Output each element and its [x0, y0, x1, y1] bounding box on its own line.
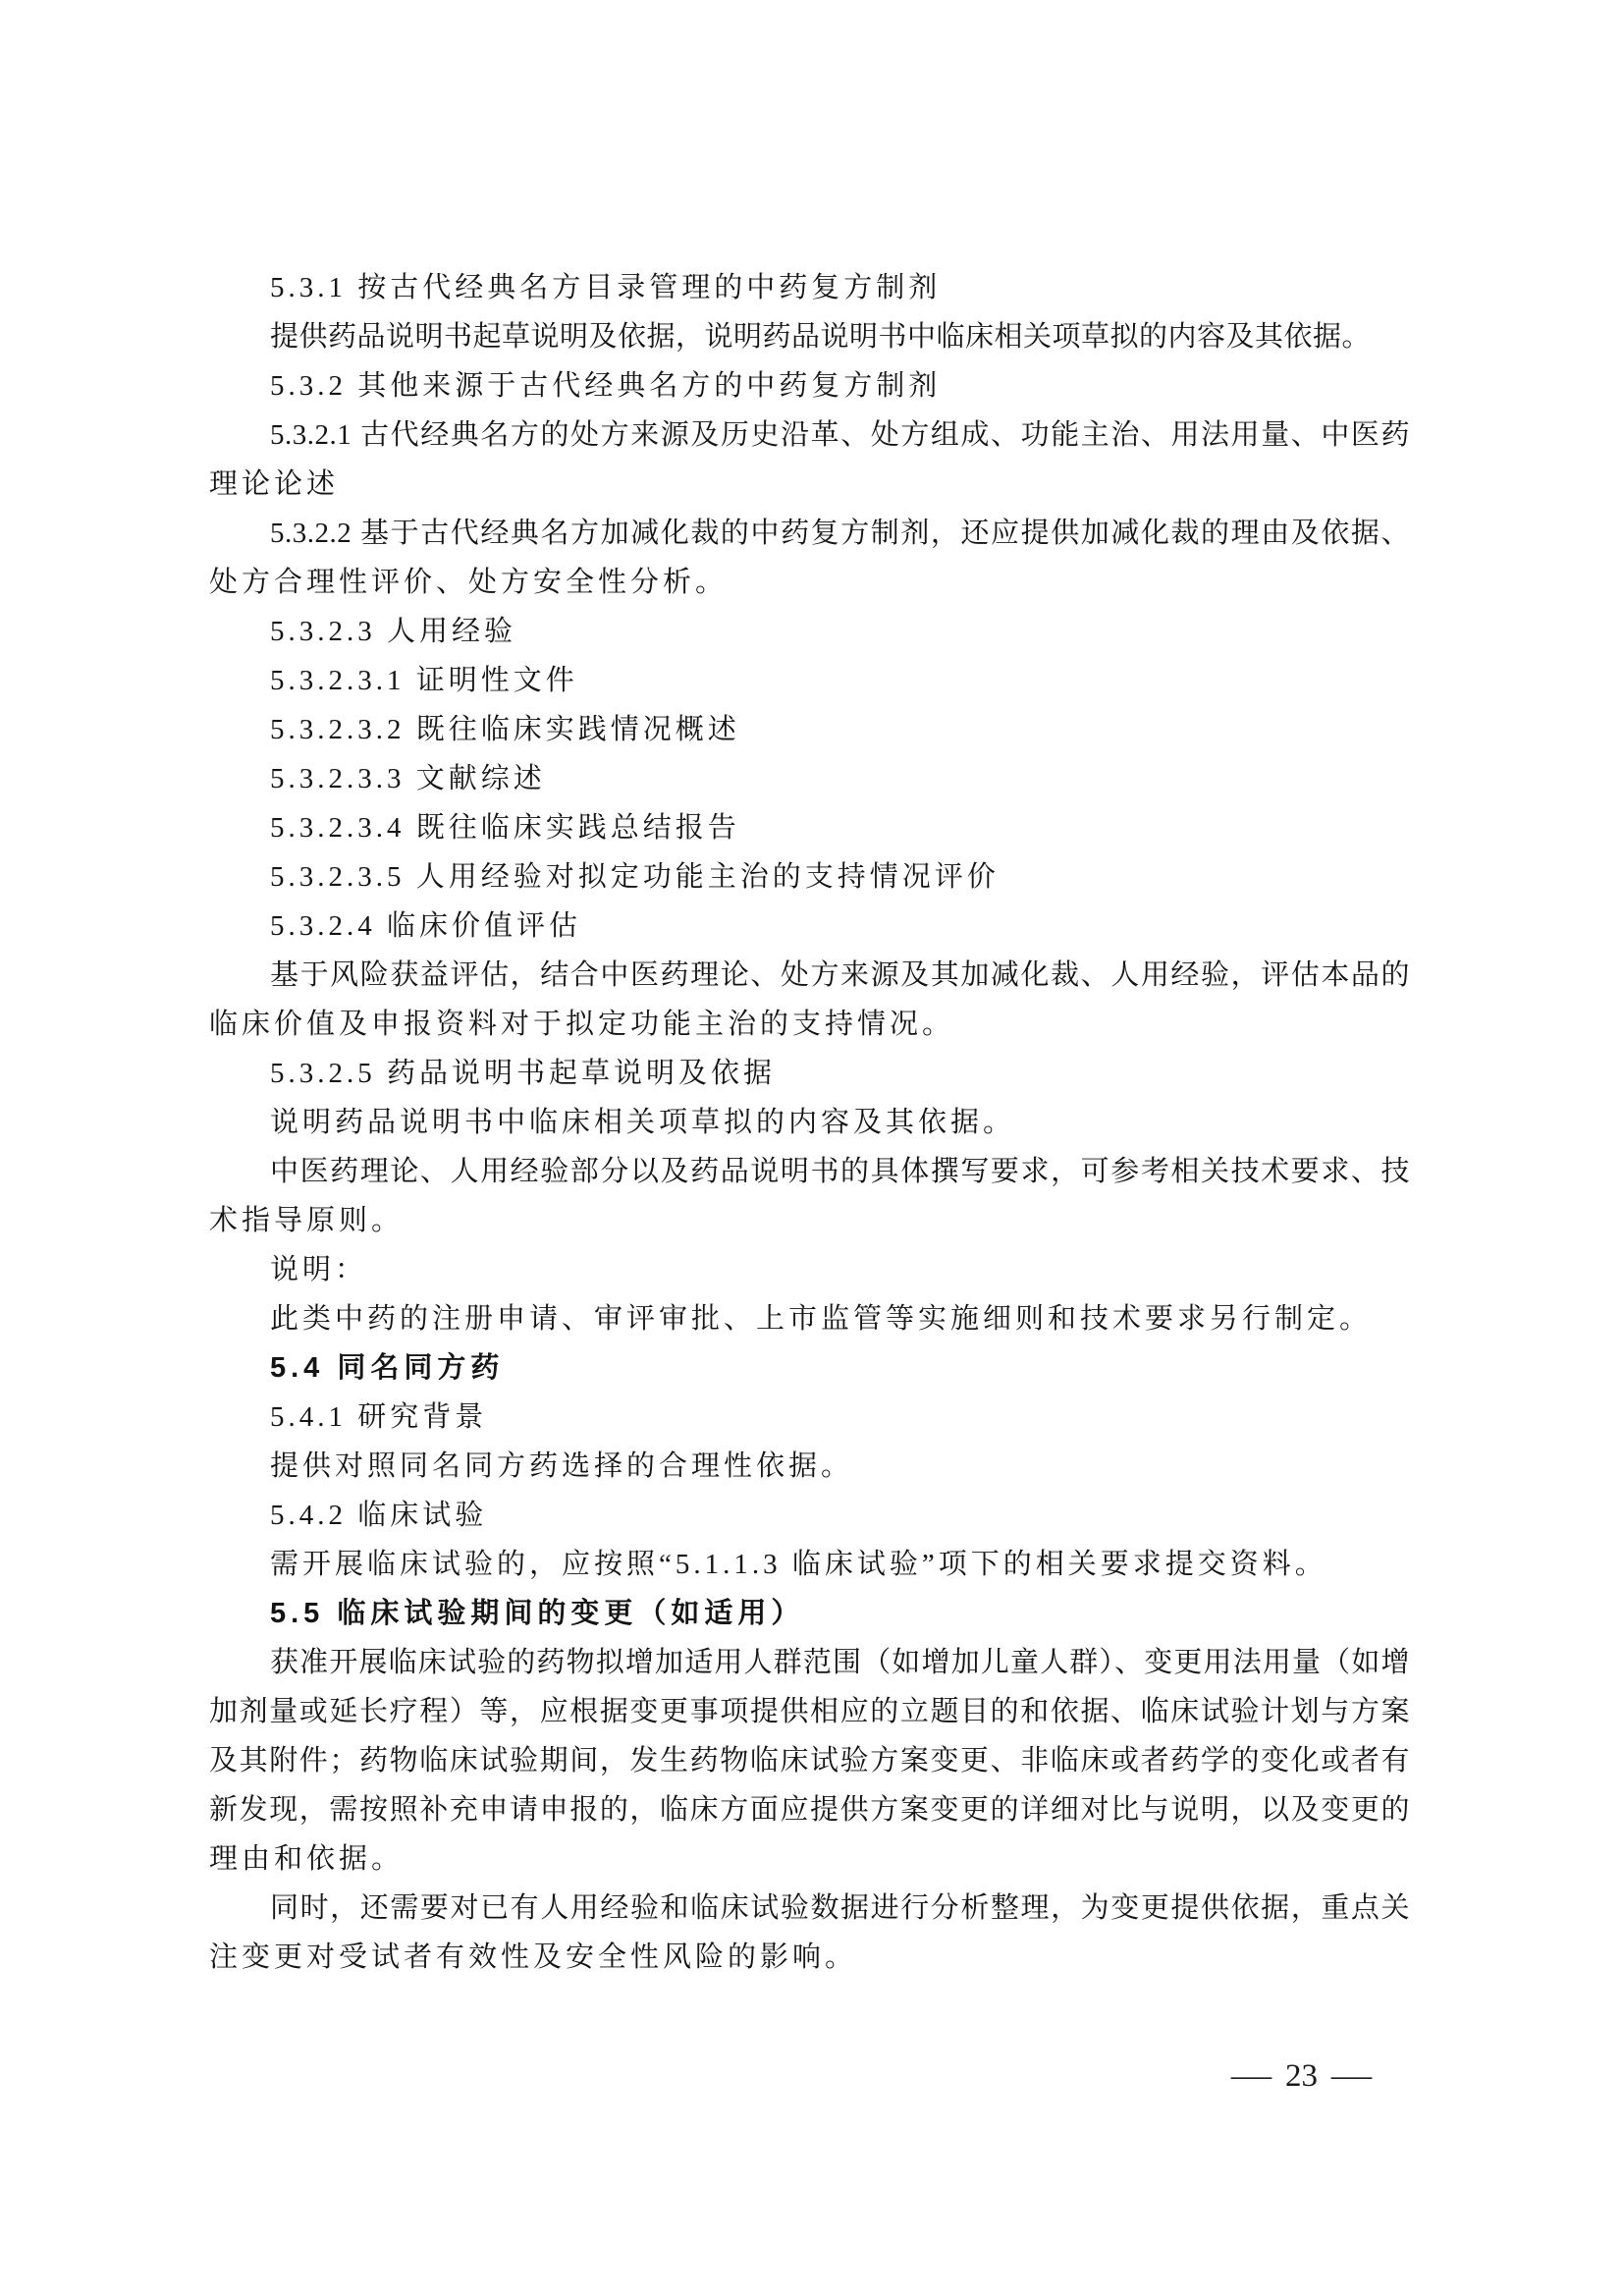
text-line: 5.3.2.3.3 文献综述: [209, 754, 1410, 803]
text-line: 临床价值及申报资料对于拟定功能主治的支持情况。: [209, 1000, 1410, 1049]
text-line: 5.3.2.3.1 证明性文件: [209, 656, 1410, 705]
text-line: 基于风险获益评估，结合中医药理论、处方来源及其加减化裁、人用经验，评估本品的: [209, 951, 1410, 1000]
text-line: 5.3.2.4 临床价值评估: [209, 902, 1410, 951]
text-line: 5.3.2.3.4 既往临床实践总结报告: [209, 803, 1410, 852]
text-line: 5.3.2.2 基于古代经典名方加减化裁的中药复方制剂，还应提供加减化裁的理由及…: [209, 509, 1410, 558]
text-line: 5.3.2.3.2 既往临床实践情况概述: [209, 705, 1410, 754]
text-line: 提供对照同名同方药选择的合理性依据。: [209, 1442, 1410, 1491]
text-line: 获准开展临床试验的药物拟增加适用人群范围（如增加儿童人群）、变更用法用量（如增: [209, 1638, 1410, 1687]
text-line: 5.3.2.3.5 人用经验对拟定功能主治的支持情况评价: [209, 852, 1410, 902]
text-line: 5.3.2.3 人用经验: [209, 607, 1410, 656]
page-number-left-dash: —: [1231, 2054, 1271, 2098]
page-number: — 23 —: [1235, 2054, 1368, 2098]
text-line: 理论论述: [209, 460, 1410, 509]
document-page: 5.3.1 按古代经典名方目录管理的中药复方制剂提供药品说明书起草说明及依据，说…: [0, 0, 1623, 2296]
text-line: 注变更对受试者有效性及安全性风险的影响。: [209, 1933, 1410, 1982]
text-line: 5.5 临床试验期间的变更（如适用）: [209, 1589, 1410, 1638]
text-line: 提供药品说明书起草说明及依据，说明药品说明书中临床相关项草拟的内容及其依据。: [209, 312, 1410, 361]
text-line: 说明：: [209, 1245, 1410, 1294]
page-body: 5.3.1 按古代经典名方目录管理的中药复方制剂提供药品说明书起草说明及依据，说…: [209, 263, 1410, 1982]
text-line: 及其附件；药物临床试验期间，发生药物临床试验方案变更、非临床或者药学的变化或者有: [209, 1736, 1410, 1785]
text-line: 5.3.2.1 古代经典名方的处方来源及历史沿革、处方组成、功能主治、用法用量、…: [209, 410, 1410, 460]
text-line: 5.4 同名同方药: [209, 1343, 1410, 1393]
text-line: 加剂量或延长疗程）等，应根据变更事项提供相应的立题目的和依据、临床试验计划与方案: [209, 1687, 1410, 1736]
text-line: 5.4.1 研究背景: [209, 1393, 1410, 1442]
text-line: 新发现，需按照补充申请申报的，临床方面应提供方案变更的详细对比与说明，以及变更的: [209, 1785, 1410, 1834]
text-line: 术指导原则。: [209, 1196, 1410, 1245]
text-line: 需开展临床试验的，应按照“5.1.1.3 临床试验”项下的相关要求提交资料。: [209, 1540, 1410, 1589]
page-number-value: 23: [1285, 2054, 1318, 2098]
text-line: 理由和依据。: [209, 1834, 1410, 1884]
text-line: 5.3.2 其他来源于古代经典名方的中药复方制剂: [209, 361, 1410, 410]
text-line: 5.3.1 按古代经典名方目录管理的中药复方制剂: [209, 263, 1410, 312]
text-line: 5.4.2 临床试验: [209, 1491, 1410, 1540]
text-line: 此类中药的注册申请、审评审批、上市监管等实施细则和技术要求另行制定。: [209, 1294, 1410, 1343]
text-line: 同时，还需要对已有人用经验和临床试验数据进行分析整理，为变更提供依据，重点关: [209, 1884, 1410, 1933]
text-line: 处方合理性评价、处方安全性分析。: [209, 558, 1410, 607]
page-number-right-dash: —: [1331, 2054, 1372, 2098]
text-line: 5.3.2.5 药品说明书起草说明及依据: [209, 1049, 1410, 1098]
text-line: 中医药理论、人用经验部分以及药品说明书的具体撰写要求，可参考相关技术要求、技: [209, 1147, 1410, 1196]
text-line: 说明药品说明书中临床相关项草拟的内容及其依据。: [209, 1098, 1410, 1147]
